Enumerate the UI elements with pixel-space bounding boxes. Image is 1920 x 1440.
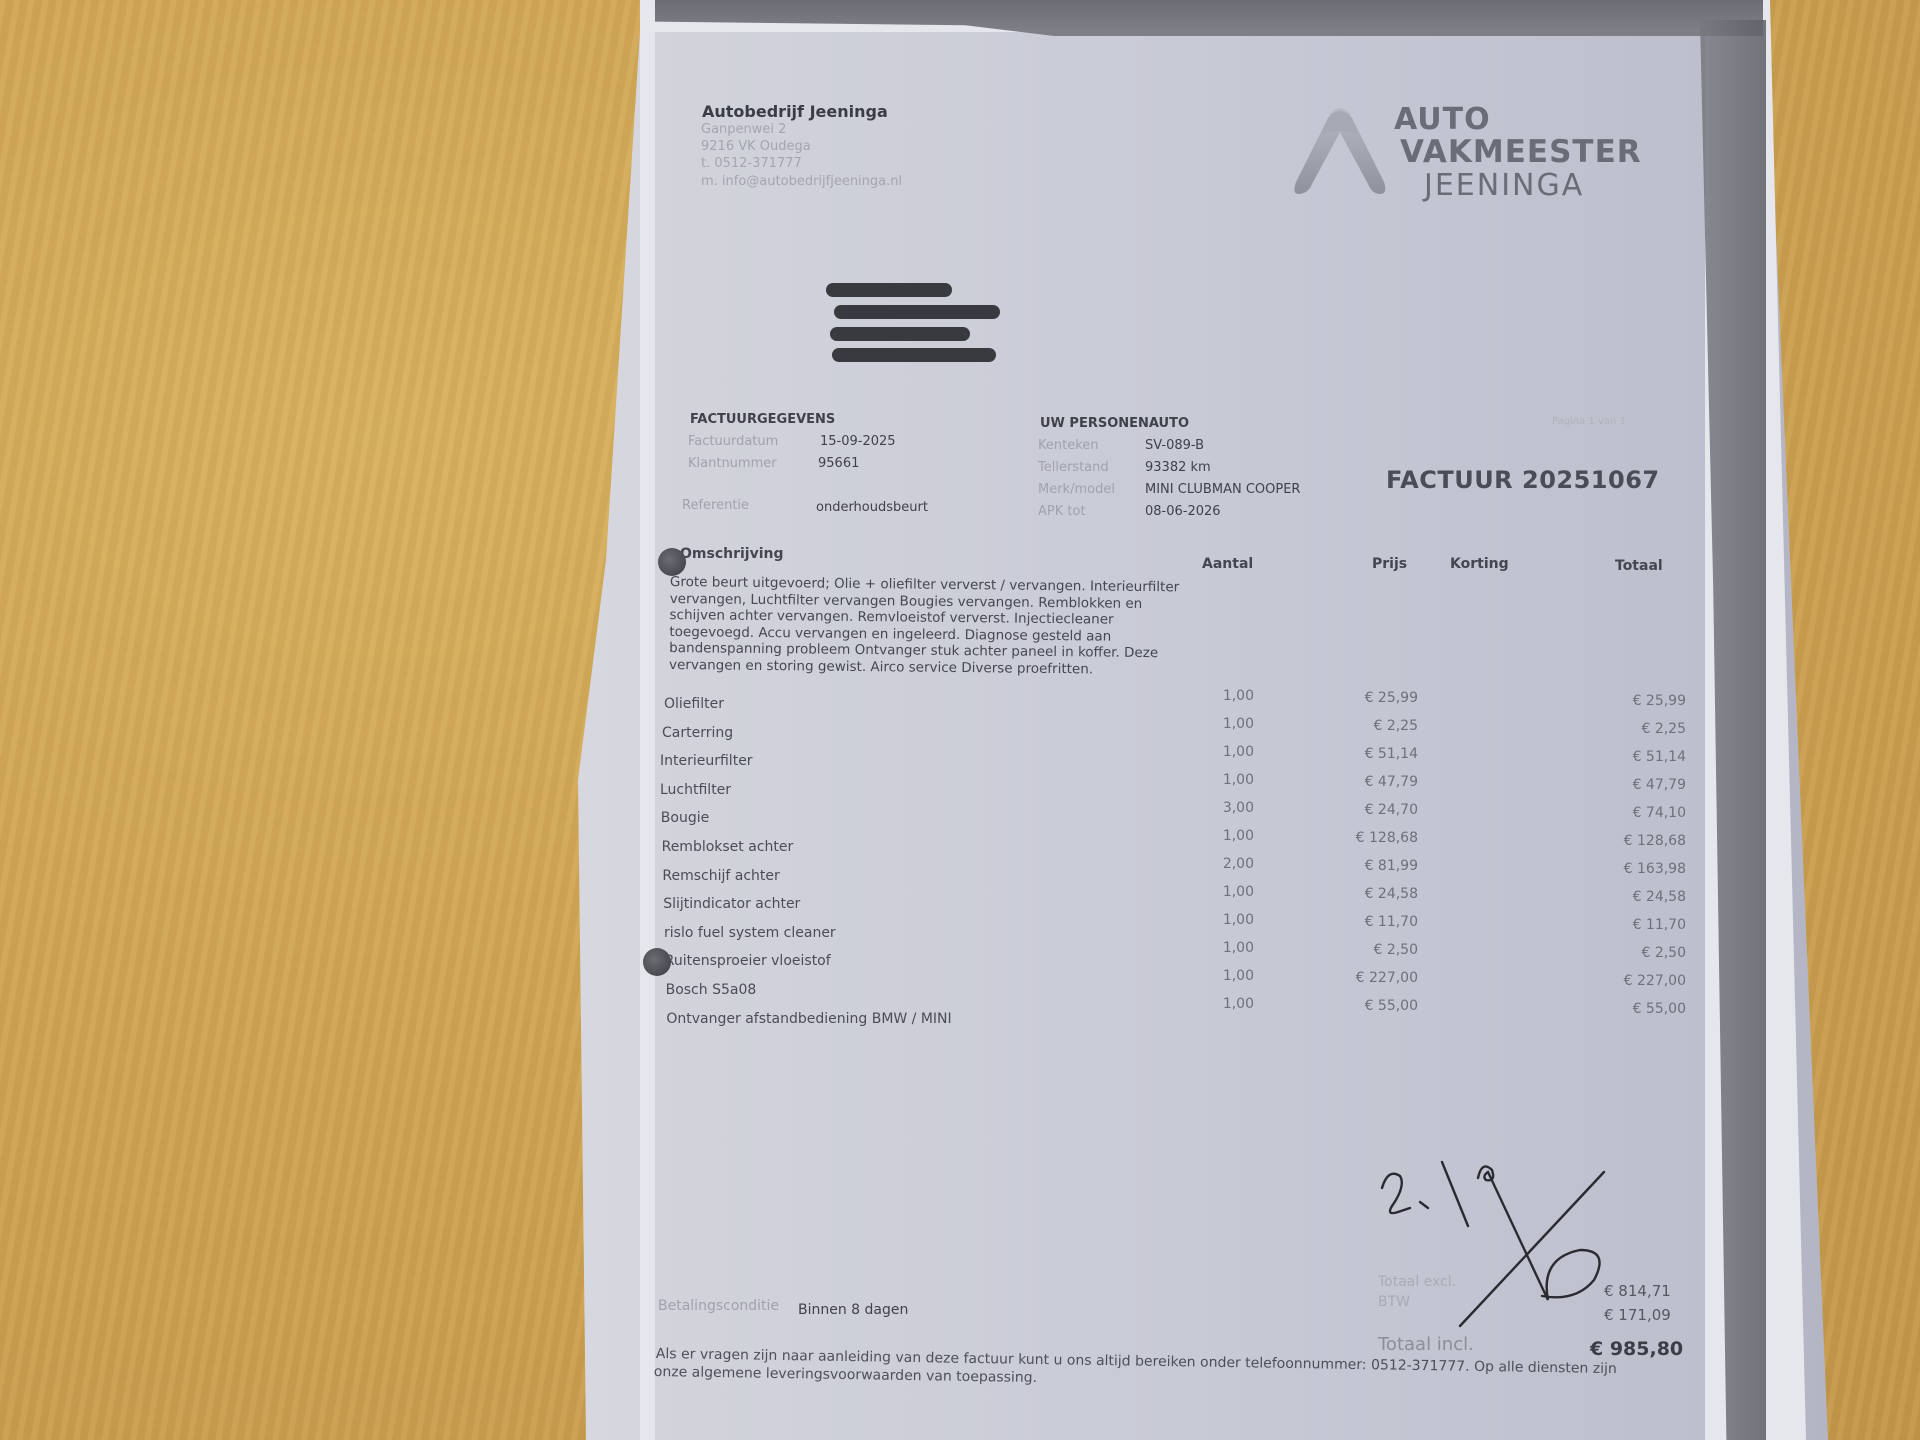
item-price: € 24,58 <box>1320 886 1418 902</box>
odometer-value: 93382 km <box>1145 460 1211 475</box>
invoice-details-title: FACTUURGEGEVENS <box>690 412 835 427</box>
item-price: € 11,70 <box>1320 914 1418 930</box>
item-price: € 24,70 <box>1320 802 1418 818</box>
item-price: € 2,50 <box>1320 942 1418 958</box>
item-quantity: 1,00 <box>1200 772 1254 788</box>
item-quantity: 1,00 <box>1200 688 1254 704</box>
item-price: € 51,14 <box>1320 746 1418 762</box>
item-name: Bougie <box>661 810 709 826</box>
item-name: Oliefilter <box>664 696 724 712</box>
license-plate-value: SV-089-B <box>1145 438 1204 453</box>
make-model-value: MINI CLUBMAN COOPER <box>1145 482 1300 497</box>
item-price: € 227,00 <box>1320 970 1418 986</box>
customer-number-label: Klantnummer <box>688 456 777 471</box>
make-model-label: Merk/model <box>1038 482 1115 497</box>
punch-hole <box>658 548 686 576</box>
item-quantity: 1,00 <box>1200 828 1254 844</box>
logo-text-jeeninga: JEENINGA <box>1424 168 1584 203</box>
payment-condition-value: Binnen 8 dagen <box>798 1302 908 1318</box>
item-name: Ontvanger afstandbediening BMW / MINI <box>666 1011 951 1027</box>
logo-text-auto: AUTO <box>1394 102 1491 137</box>
column-header-description: Omschrijving <box>680 546 784 562</box>
customer-number-value: 95661 <box>818 456 859 471</box>
column-header-discount: Korting <box>1450 556 1509 572</box>
license-plate-label: Kenteken <box>1038 438 1099 453</box>
item-quantity: 1,00 <box>1200 912 1254 928</box>
item-name: Remschijf achter <box>662 868 779 884</box>
item-total: € 55,00 <box>1580 1001 1686 1017</box>
vat-value: € 171,09 <box>1604 1306 1671 1324</box>
item-price: € 47,79 <box>1320 774 1418 790</box>
item-quantity: 1,00 <box>1200 940 1254 956</box>
item-name: Slijtindicator achter <box>663 896 800 912</box>
item-total: € 11,70 <box>1580 917 1686 933</box>
apk-value: 08-06-2026 <box>1145 504 1221 519</box>
item-price: € 55,00 <box>1320 998 1418 1014</box>
subtotal-value: € 814,71 <box>1604 1282 1671 1300</box>
column-header-quantity: Aantal <box>1202 556 1253 572</box>
invoice-date-value: 15-09-2025 <box>820 434 896 449</box>
company-name: Autobedrijf Jeeninga <box>702 102 888 121</box>
item-name: Remblokset achter <box>662 839 794 855</box>
a-mountain-logo-icon <box>1290 106 1390 198</box>
page-indicator: Pagina 1 van 1 <box>1552 416 1626 427</box>
item-quantity: 1,00 <box>1200 884 1254 900</box>
invoice-number-title: FACTUUR 20251067 <box>1386 466 1660 494</box>
item-quantity: 1,00 <box>1200 744 1254 760</box>
item-total: € 25,99 <box>1580 693 1686 709</box>
item-price: € 2,25 <box>1320 718 1418 734</box>
item-quantity: 3,00 <box>1200 800 1254 816</box>
item-total: € 51,14 <box>1580 749 1686 765</box>
subtotal-label: Totaal excl. <box>1378 1274 1456 1290</box>
item-quantity: 2,00 <box>1200 856 1254 872</box>
item-name: Carterring <box>662 725 733 741</box>
item-name: Luchtfilter <box>660 782 731 798</box>
item-quantity: 1,00 <box>1200 996 1254 1012</box>
grand-total-label: Totaal incl. <box>1378 1334 1474 1355</box>
item-total: € 2,50 <box>1580 945 1686 961</box>
work-description: Grote beurt uitgevoerd; Olie + oliefilte… <box>669 574 1190 679</box>
invoice-date-label: Factuurdatum <box>688 434 778 449</box>
column-header-total: Totaal <box>1615 558 1663 574</box>
company-phone: t. 0512-371777 <box>701 156 802 171</box>
reference-label: Referentie <box>682 498 749 513</box>
apk-label: APK tot <box>1038 504 1086 519</box>
item-name: Interieurfilter <box>660 753 753 769</box>
company-email: m. info@autobedrijfjeeninga.nl <box>701 174 902 189</box>
reference-value: onderhoudsbeurt <box>816 500 928 515</box>
vat-label: BTW <box>1378 1294 1410 1310</box>
item-total: € 2,25 <box>1580 721 1686 737</box>
item-total: € 47,79 <box>1580 777 1686 793</box>
column-header-price: Prijs <box>1372 556 1407 572</box>
item-total: € 74,10 <box>1580 805 1686 821</box>
punch-hole <box>643 948 671 976</box>
item-price: € 81,99 <box>1320 858 1418 874</box>
item-total: € 163,98 <box>1580 861 1686 877</box>
item-price: € 25,99 <box>1320 690 1418 706</box>
item-total: € 128,68 <box>1580 833 1686 849</box>
vehicle-section-title: UW PERSONENAUTO <box>1040 416 1189 431</box>
item-name: Ruitensproeier vloeistof <box>665 953 831 969</box>
item-price: € 128,68 <box>1320 830 1418 846</box>
company-address: Ganpenwei 2 <box>701 122 786 137</box>
payment-condition-label: Betalingsconditie <box>658 1298 779 1314</box>
item-total: € 227,00 <box>1580 973 1686 989</box>
odometer-label: Tellerstand <box>1038 460 1109 475</box>
company-postal-city: 9216 VK Oudega <box>701 139 811 154</box>
item-name: Bosch S5a08 <box>666 982 757 998</box>
item-quantity: 1,00 <box>1200 716 1254 732</box>
item-quantity: 1,00 <box>1200 968 1254 984</box>
logo-text-vakmeester: VAKMEESTER <box>1400 134 1642 170</box>
item-name: rislo fuel system cleaner <box>664 925 836 941</box>
item-total: € 24,58 <box>1580 889 1686 905</box>
grand-total-value: € 985,80 <box>1590 1338 1683 1360</box>
